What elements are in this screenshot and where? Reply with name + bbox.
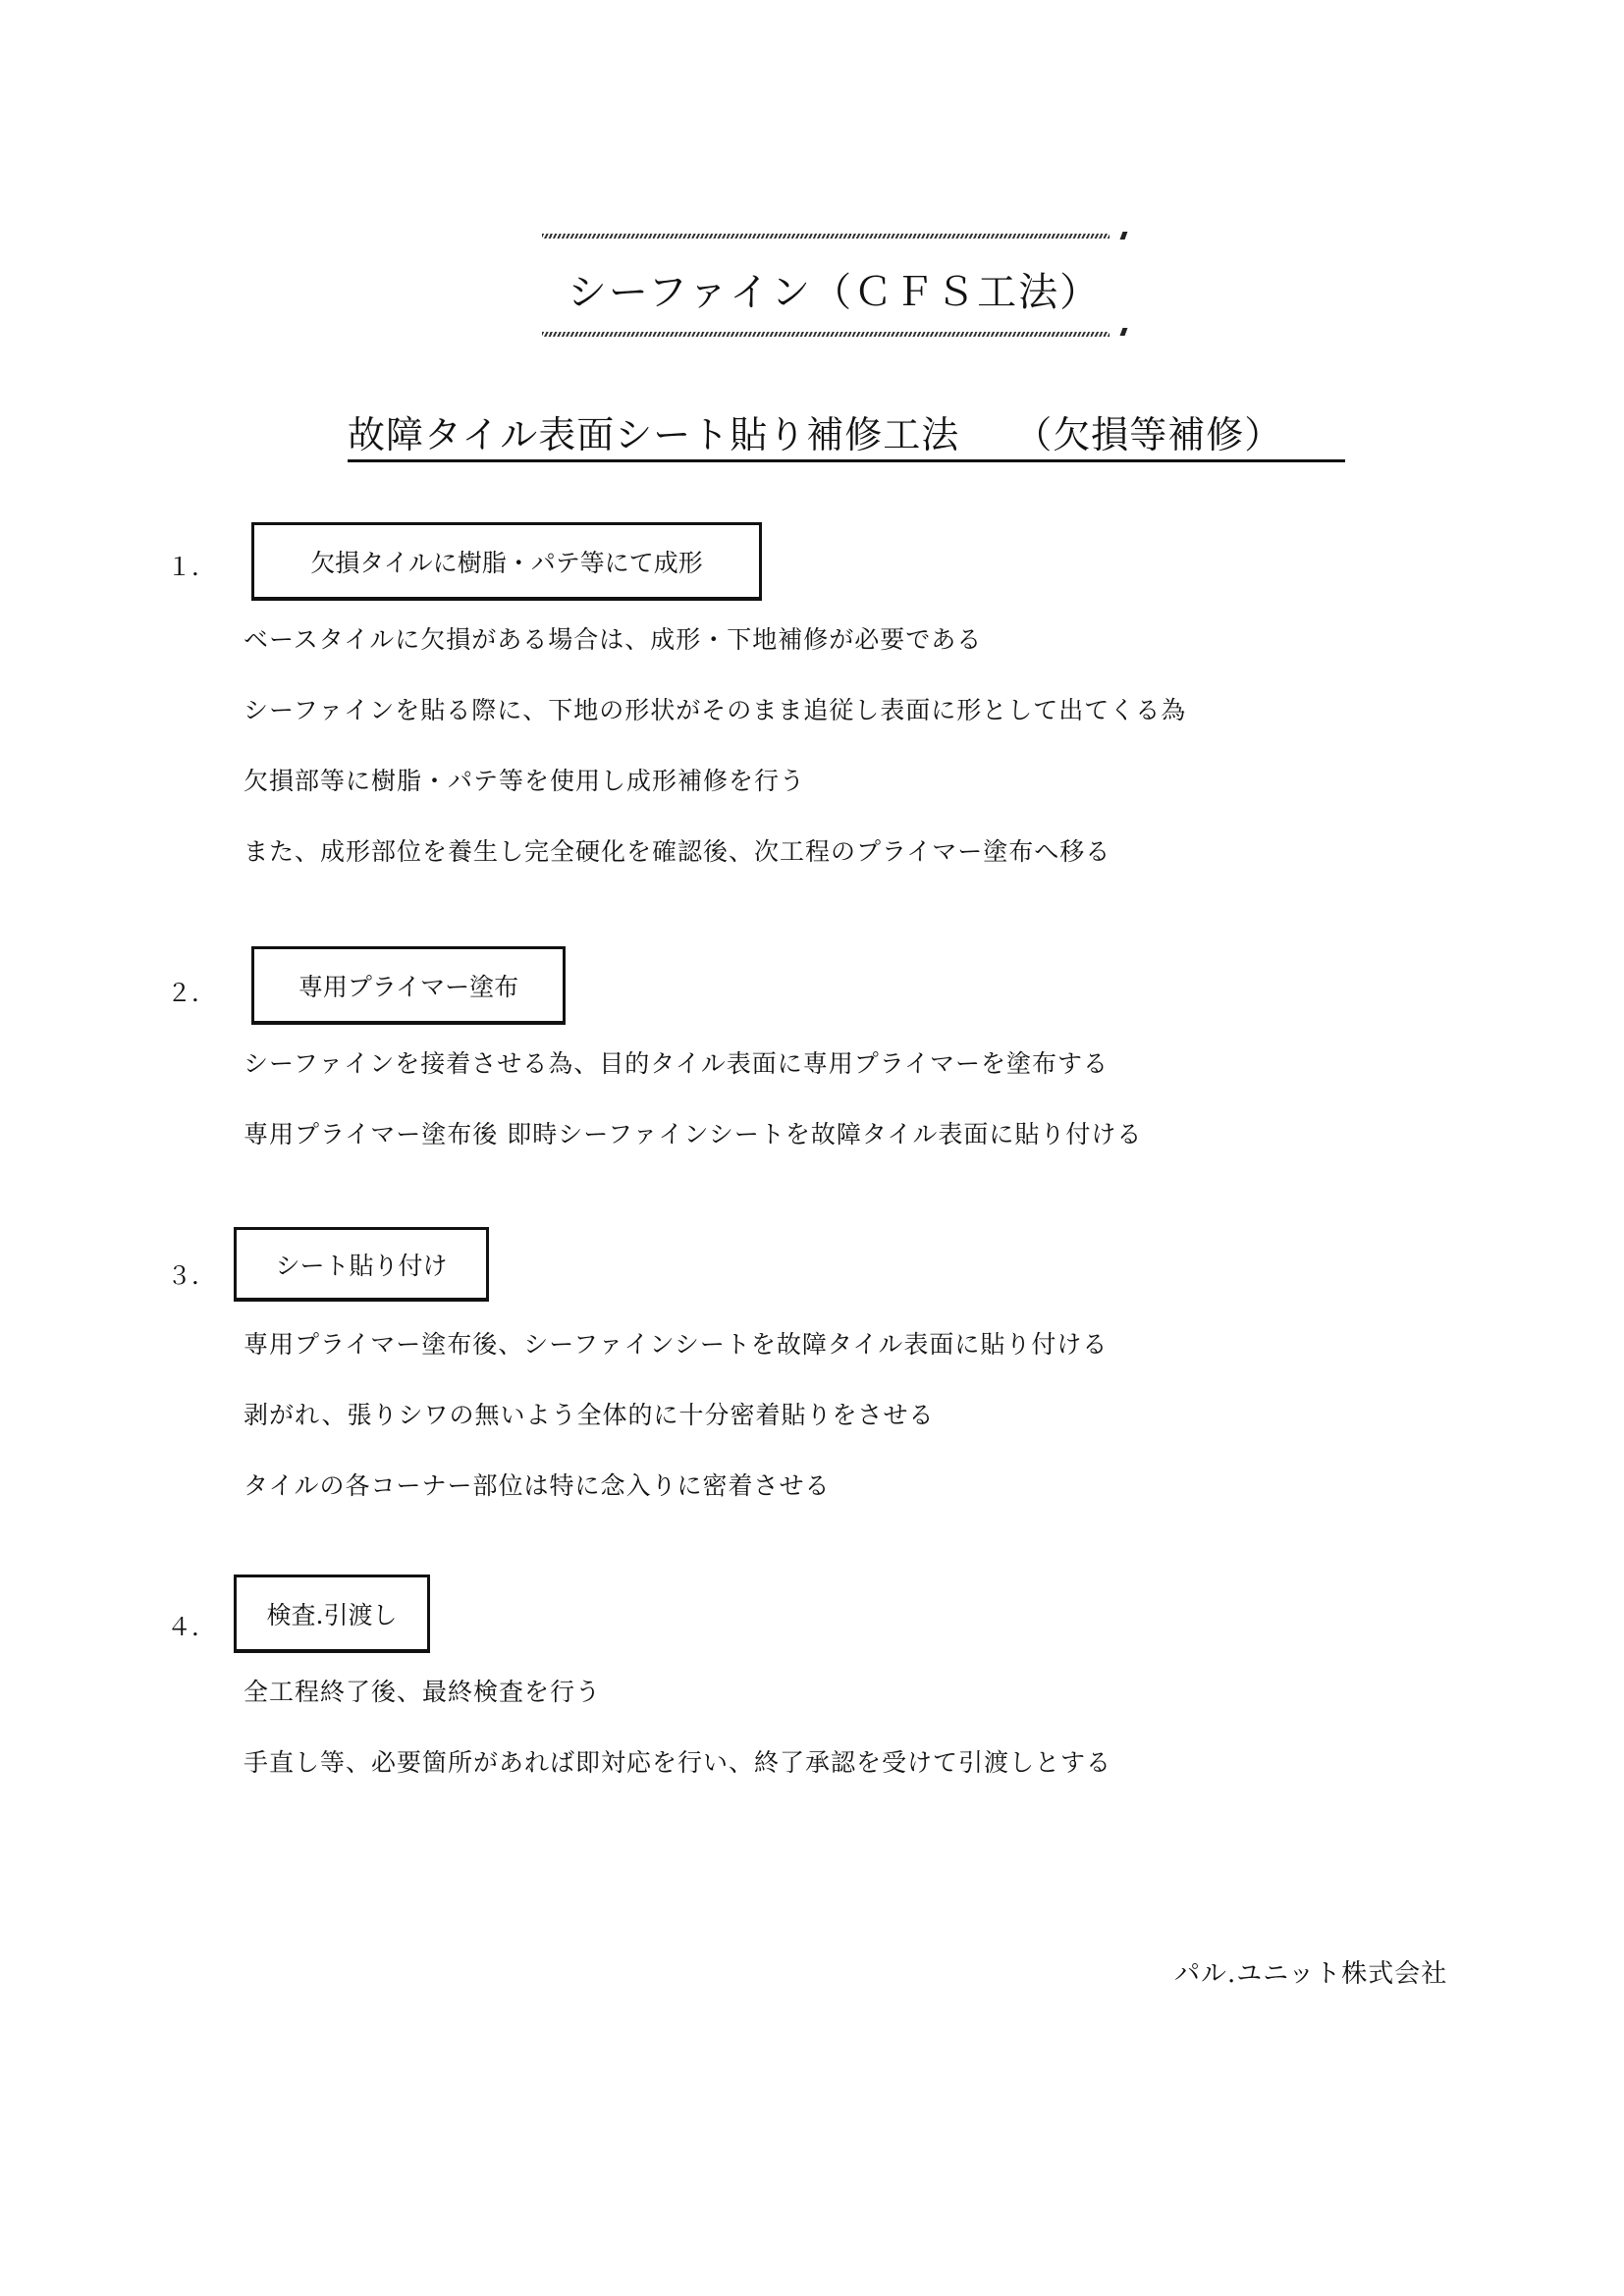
subtitle-paren: （欠損等補修） bbox=[1014, 413, 1282, 456]
section-heading-box: 欠損タイルに樹脂・パテ等にて成形 bbox=[251, 522, 762, 601]
section-line: 全工程終了後、最終検査を行う bbox=[244, 1673, 601, 1708]
section-heading-box: シート貼り付け bbox=[234, 1227, 489, 1302]
section-number: ２． bbox=[167, 974, 216, 1009]
subtitle-main: 故障タイル表面シート貼り補修工法 bbox=[348, 413, 959, 456]
section-heading: シート貼り付け bbox=[275, 1247, 447, 1282]
section-line: 手直し等、必要箇所があれば即対応を行い、終了承認を受けて引渡しとする bbox=[244, 1743, 1111, 1779]
section-line: ベースタイルに欠損がある場合は、成形・下地補修が必要である bbox=[244, 620, 982, 656]
decorative-hatch-end-bottom bbox=[1120, 328, 1128, 336]
section-line: 専用プライマー塗布後、シーファインシートを故障タイル表面に貼り付ける bbox=[244, 1325, 1108, 1361]
section-heading-box: 検査.引渡し bbox=[234, 1575, 430, 1653]
section-heading: 欠損タイルに樹脂・パテ等にて成形 bbox=[310, 544, 703, 579]
decorative-hatch-top bbox=[542, 234, 1110, 239]
section-line: 剥がれ、張りシワの無いよう全体的に十分密着貼りをさせる bbox=[244, 1396, 935, 1431]
company-name: パル.ユニット株式会社 bbox=[1174, 1953, 1447, 1990]
decorative-hatch-bottom bbox=[542, 332, 1110, 337]
title-frame: シーファイン（ＣＦＳ工法） bbox=[542, 230, 1131, 340]
section-number: ４． bbox=[167, 1608, 216, 1643]
document-subtitle: 故障タイル表面シート貼り補修工法（欠損等補修） bbox=[348, 412, 1345, 462]
section-line: シーファインを接着させる為、目的タイル表面に専用プライマーを塗布する bbox=[244, 1044, 1109, 1080]
section-heading: 専用プライマー塗布 bbox=[298, 968, 518, 1003]
section-heading: 検査.引渡し bbox=[267, 1596, 398, 1631]
section-line: 欠損部等に樹脂・パテ等を使用し成形補修を行う bbox=[244, 762, 805, 797]
section-number: ３． bbox=[167, 1256, 216, 1292]
section-line: また、成形部位を養生し完全硬化を確認後、次工程のプライマー塗布へ移る bbox=[244, 832, 1110, 868]
section-heading-box: 専用プライマー塗布 bbox=[251, 946, 566, 1025]
section-number: １． bbox=[167, 548, 216, 583]
document-title: シーファイン（ＣＦＳ工法） bbox=[542, 261, 1126, 317]
section-line: 専用プライマー塗布後 即時シーファインシートを故障タイル表面に貼り付ける bbox=[244, 1115, 1142, 1150]
section-line: シーファインを貼る際に、下地の形状がそのまま追従し表面に形として出てくる為 bbox=[244, 691, 1186, 726]
section-line: タイルの各コーナー部位は特に念入りに密着させる bbox=[244, 1467, 831, 1502]
decorative-hatch-end-top bbox=[1120, 232, 1128, 240]
